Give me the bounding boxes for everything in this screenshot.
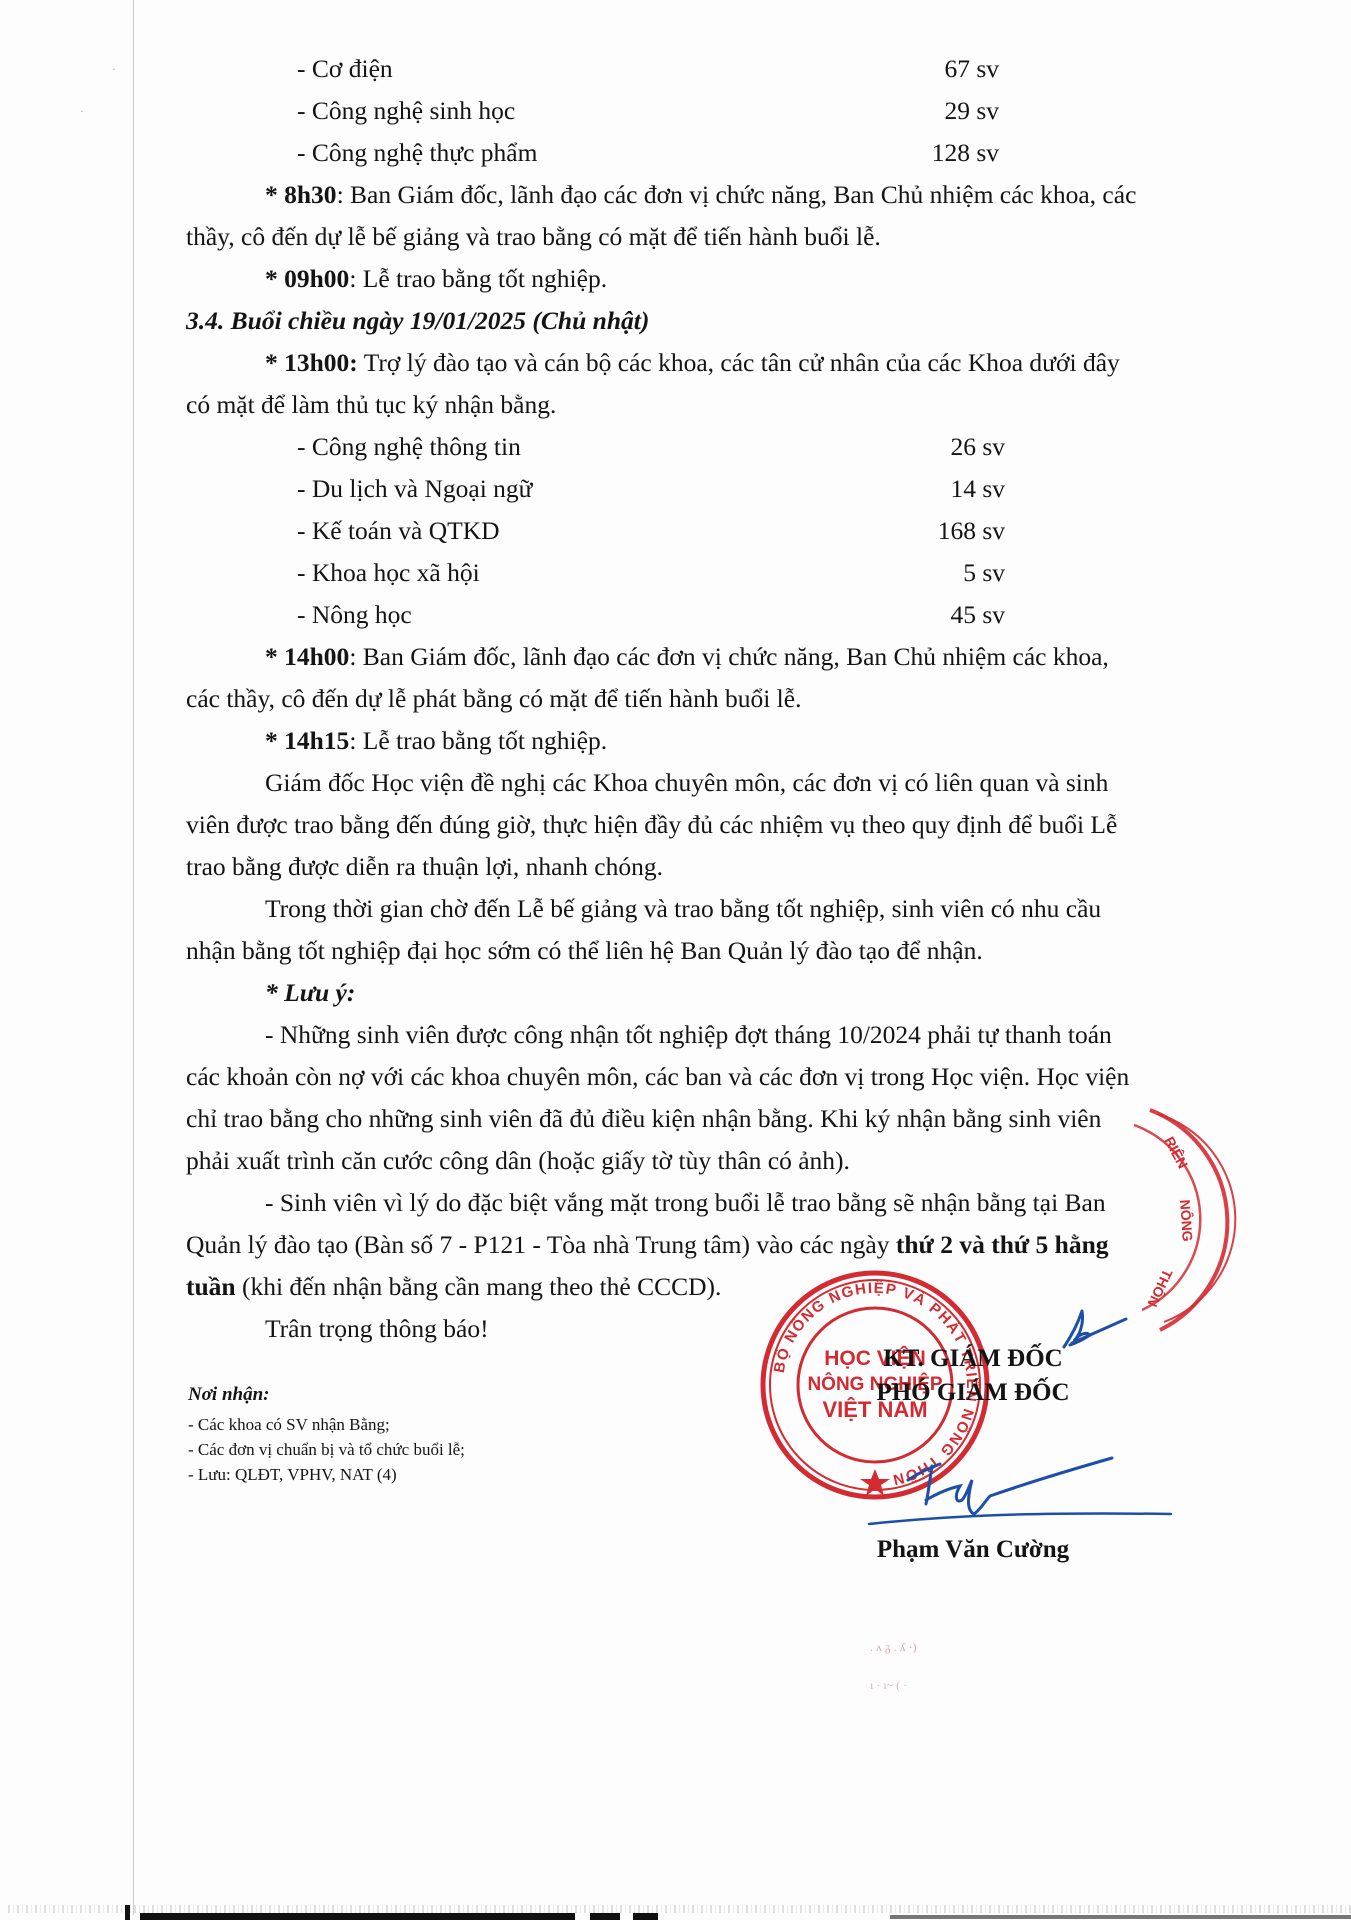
scan-noise — [8, 1905, 1351, 1913]
note-item-line: Quản lý đào tạo (Bàn số 7 - P121 - Tòa n… — [186, 1230, 1109, 1260]
scan-band — [125, 1905, 130, 1920]
recipient-item: - Các khoa có SV nhận Bằng; — [188, 1415, 390, 1435]
early-pickup-paragraph-line: Trong thời gian chờ đến Lễ bế giảng và t… — [265, 894, 1101, 924]
recipient-item: - Lưu: QLĐT, VPHV, NAT (4) — [188, 1465, 397, 1485]
list-item-value: 29 sv — [944, 96, 999, 126]
list-item-label: - Nông học — [297, 600, 412, 630]
signer-name: Phạm Văn Cường — [858, 1535, 1088, 1565]
recipients-heading: Nơi nhận: — [188, 1380, 269, 1410]
request-paragraph-line: Giám đốc Học viện đề nghị các Khoa chuyê… — [265, 768, 1108, 798]
list-item-value: 14 sv — [950, 474, 1005, 504]
svg-text:RIÊN: RIÊN — [1161, 1133, 1192, 1171]
scan-band — [140, 1913, 575, 1920]
schedule-text: Trợ lý đào tạo và cán bộ các khoa, các t… — [358, 348, 1120, 377]
page-edge-line — [133, 0, 134, 1915]
note-item-line: tuần (khi đến nhận bằng cần mang theo th… — [186, 1272, 721, 1302]
schedule-time: * 14h00 — [265, 642, 349, 671]
initials-icon — [1060, 1305, 1130, 1355]
schedule-text: : Lễ trao bằng tốt nghiệp. — [349, 726, 607, 755]
scan-speck: · — [112, 62, 116, 77]
list-item-value: 45 sv — [950, 600, 1005, 630]
faint-mark: . ʌ ᵹ . ʎ ·) — [870, 1640, 917, 1655]
list-item-value: 128 sv — [932, 138, 999, 168]
schedule-item-0830-cont: thầy, cô đến dự lễ bế giảng và trao bằng… — [186, 222, 881, 252]
request-paragraph-line: viên được trao bằng đến đúng giờ, thực h… — [186, 810, 1117, 840]
scan-band — [890, 1915, 1351, 1919]
note-item-line: các khoản còn nợ với các khoa chuyên môn… — [186, 1062, 1129, 1092]
schedule-item-1300-cont: có mặt để làm thủ tục ký nhận bằng. — [186, 390, 556, 420]
schedule-item-1400: * 14h00: Ban Giám đốc, lãnh đạo các đơn … — [265, 642, 1109, 672]
note-heading: * Lưu ý: — [265, 978, 355, 1008]
list-item-label: - Công nghệ thực phẩm — [297, 138, 537, 168]
closing-line: Trân trọng thông báo! — [265, 1314, 489, 1344]
list-item-value: 67 sv — [944, 54, 999, 84]
faint-mark: ı · ı~ ( · — [870, 1678, 907, 1693]
note-item-line: - Những sinh viên được công nhận tốt ngh… — [265, 1020, 1112, 1050]
note-item-line: chỉ trao bằng cho những sinh viên đã đủ … — [186, 1104, 1101, 1134]
list-item-label: - Kế toán và QTKD — [297, 516, 500, 546]
list-item-label: - Khoa học xã hội — [297, 558, 480, 588]
note-item-line: - Sinh viên vì lý do đặc biệt vắng mặt t… — [265, 1188, 1106, 1218]
note-text: Quản lý đào tạo (Bàn số 7 - P121 - Tòa n… — [186, 1230, 896, 1259]
signature-title-1: KT. GIÁM ĐỐC — [868, 1344, 1078, 1374]
schedule-item-1300: * 13h00: Trợ lý đào tạo và cán bộ các kh… — [265, 348, 1120, 378]
schedule-text: : Ban Giám đốc, lãnh đạo các đơn vị chức… — [349, 642, 1109, 671]
schedule-item-0900: * 09h00: Lễ trao bằng tốt nghiệp. — [265, 264, 607, 294]
svg-text:NÔNG: NÔNG — [1177, 1199, 1197, 1242]
list-item-value: 5 sv — [963, 558, 1005, 588]
schedule-item-0830: * 8h30: Ban Giám đốc, lãnh đạo các đơn v… — [265, 180, 1136, 210]
list-item-label: - Công nghệ thông tin — [297, 432, 521, 462]
partial-stamp-icon: RIÊN NÔNG THÔN — [1120, 1100, 1270, 1340]
list-item-label: - Cơ điện — [297, 54, 393, 84]
schedule-time: * 13h00: — [265, 348, 358, 377]
schedule-text: : Ban Giám đốc, lãnh đạo các đơn vị chức… — [337, 180, 1137, 209]
list-item-value: 168 sv — [938, 516, 1005, 546]
recipient-item: - Các đơn vị chuẩn bị và tổ chức buổi lễ… — [188, 1440, 465, 1460]
schedule-time: * 09h00 — [265, 264, 349, 293]
scan-band — [590, 1913, 620, 1920]
note-emphasis: thứ 2 và thứ 5 hằng — [896, 1230, 1109, 1259]
request-paragraph-line: trao bằng được diễn ra thuận lợi, nhanh … — [186, 852, 663, 882]
signature-underline-icon — [865, 1500, 1175, 1530]
list-item-label: - Du lịch và Ngoại ngữ — [297, 474, 532, 504]
schedule-item-1415: * 14h15: Lễ trao bằng tốt nghiệp. — [265, 726, 607, 756]
schedule-item-1400-cont: các thầy, cô đến dự lễ phát bằng có mặt … — [186, 684, 801, 714]
note-emphasis: tuần — [186, 1272, 236, 1301]
note-item-line: phải xuất trình căn cước công dân (hoặc … — [186, 1146, 850, 1176]
schedule-time: * 8h30 — [265, 180, 337, 209]
schedule-text: : Lễ trao bằng tốt nghiệp. — [349, 264, 607, 293]
list-item-label: - Công nghệ sinh học — [297, 96, 515, 126]
early-pickup-paragraph-line: nhận bằng tốt nghiệp đại học sớm có thể … — [186, 936, 983, 966]
note-text: (khi đến nhận bằng cần mang theo thẻ CCC… — [236, 1272, 722, 1301]
list-item-value: 26 sv — [950, 432, 1005, 462]
signature-title-2: PHÓ GIÁM ĐỐC — [858, 1378, 1088, 1408]
section-heading-afternoon: 3.4. Buổi chiều ngày 19/01/2025 (Chủ nhậ… — [186, 306, 649, 336]
scan-speck: · — [80, 104, 84, 119]
scan-band — [633, 1913, 658, 1920]
schedule-time: * 14h15 — [265, 726, 349, 755]
